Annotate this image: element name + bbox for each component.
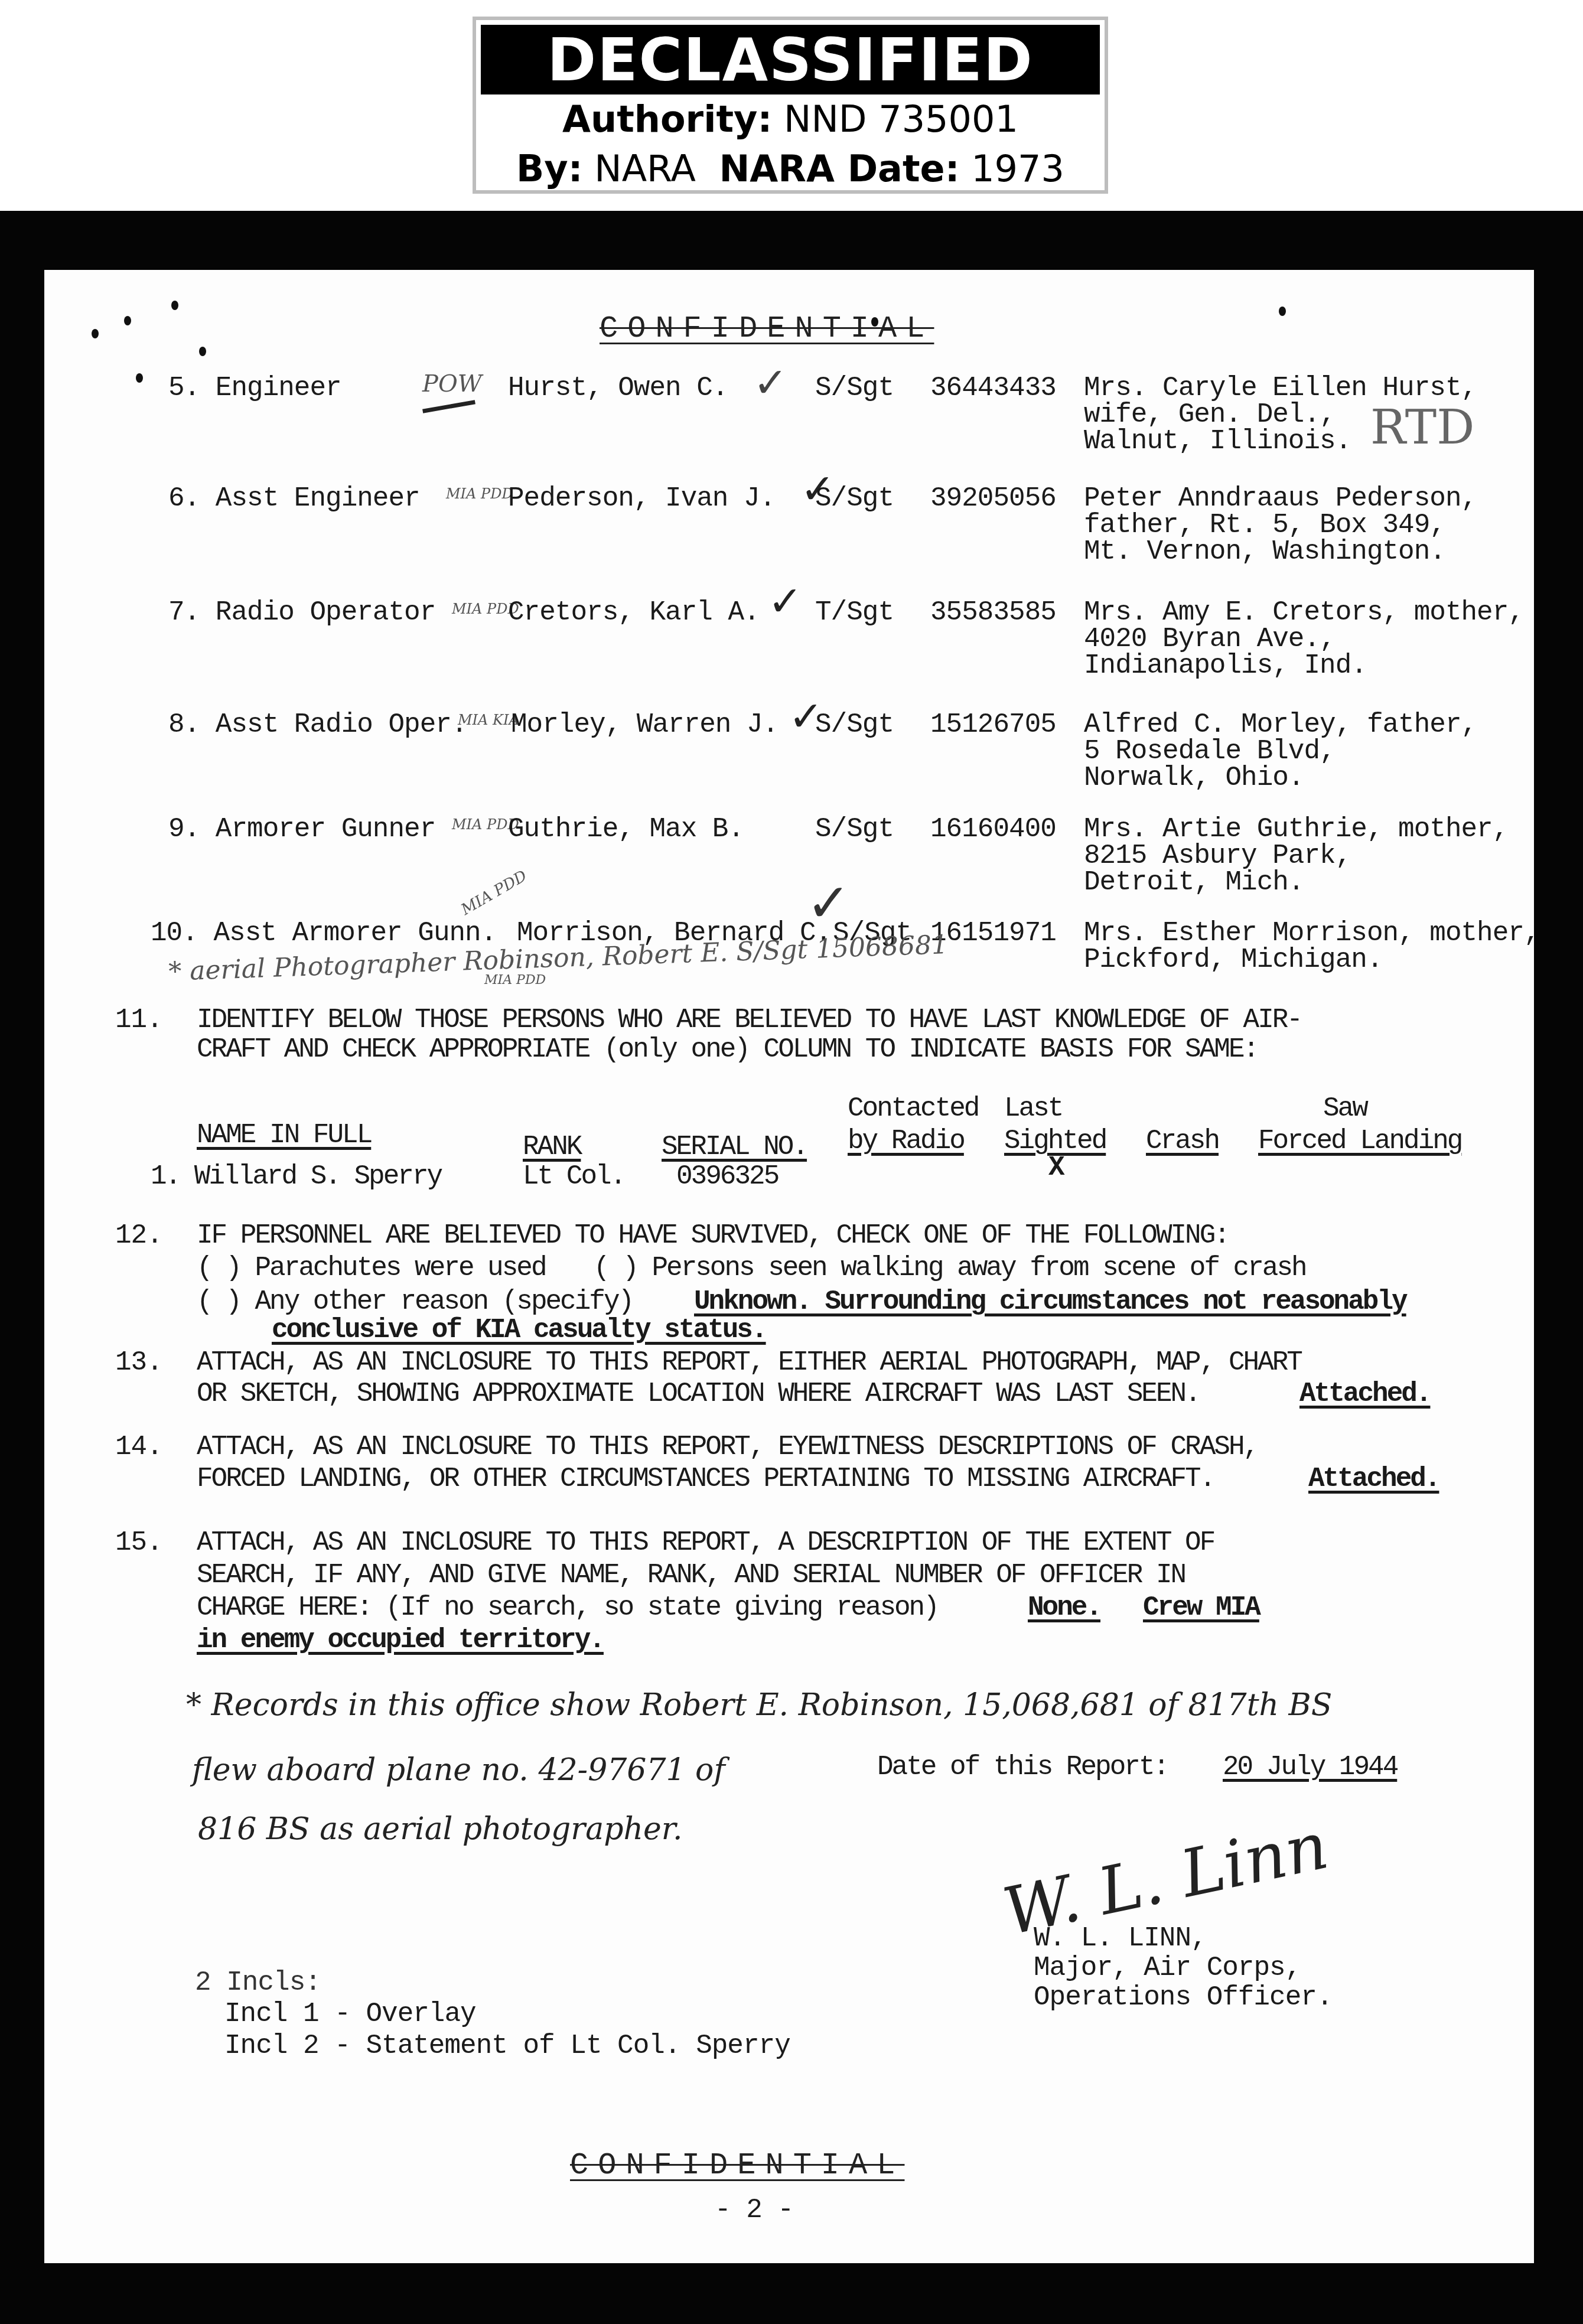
handwritten-annotation: RTD [1370, 400, 1474, 455]
crew-rank: S/Sgt [815, 373, 894, 403]
item-number: 11. [115, 1005, 162, 1035]
crew-position: 10. Asst Armorer Gunn. [151, 918, 496, 948]
crew-name: Cretors, Karl A. [508, 598, 760, 627]
signatory-rank: Major, Air Corps, [1034, 1953, 1301, 1983]
crew-next-of-kin-2: wife, Gen. Del., [1084, 400, 1336, 429]
crew-rank: S/Sgt [815, 710, 894, 739]
crew-next-of-kin-1: Mrs. Artie Guthrie, mother, [1084, 814, 1508, 844]
crew-position: 5. Engineer [168, 373, 341, 403]
check-mark-icon: ✓ [753, 358, 788, 407]
item-number: 12. [115, 1221, 162, 1250]
handwritten-addition-note: MIA PDD [484, 973, 546, 987]
classification-header: CONFIDENTIAL [600, 311, 934, 346]
crew-next-of-kin-3: Walnut, Illinois. [1084, 426, 1351, 456]
report-date-value: 20 July 1944 [1223, 1752, 1397, 1782]
item-text: CRAFT AND CHECK APPROPRIATE (only one) C… [197, 1035, 1258, 1064]
crew-serial: 16151971 [930, 918, 1056, 948]
item-number: 14. [115, 1432, 162, 1462]
item-text: OR SKETCH, SHOWING APPROXIMATE LOCATION … [197, 1379, 1200, 1409]
crew-rank: S/Sgt [815, 814, 894, 844]
crew-serial: 15126705 [930, 710, 1056, 739]
answer-text: Crew MIA [1143, 1593, 1259, 1622]
col-header-radio: by Radio [848, 1126, 964, 1156]
crew-next-of-kin-2: Pickford, Michigan. [1084, 945, 1383, 974]
crew-rank: S/Sgt [815, 484, 894, 513]
answer-text: conclusive of KIA casualty status. [272, 1315, 766, 1345]
crew-next-of-kin-1: Peter Anndraaus Pederson, [1084, 484, 1477, 513]
crew-name: Hurst, Owen C. [508, 373, 728, 403]
crew-name: Guthrie, Max B. [508, 814, 744, 844]
crew-name: Morley, Warren J. [511, 710, 778, 739]
crew-next-of-kin-2: 4020 Byran Ave., [1084, 624, 1336, 654]
crew-status-note: MIA PDD [458, 867, 530, 919]
col-header-radio-top: Contacted [848, 1094, 978, 1123]
col-header-name: NAME IN FULL [197, 1120, 371, 1150]
check-mark-icon: ✓ [768, 577, 803, 625]
crew-serial: 16160400 [930, 814, 1056, 844]
item-text: SEARCH, IF ANY, AND GIVE NAME, RANK, AND… [197, 1560, 1185, 1590]
underline-mark [422, 400, 475, 413]
option-other-reason: ( ) Any other reason (specify) [197, 1287, 633, 1316]
col-header-serial: SERIAL NO. [662, 1132, 807, 1162]
signatory-title: Operations Officer. [1034, 1983, 1333, 2012]
answer-text: in enemy occupied territory. [197, 1625, 604, 1655]
crew-next-of-kin-1: Alfred C. Morley, father, [1084, 710, 1477, 739]
answer-text: None. [1028, 1593, 1100, 1622]
crew-status-note: MIA KIA [458, 712, 519, 728]
crew-next-of-kin-3: Norwalk, Ohio. [1084, 763, 1304, 793]
inclosure-item: Incl 2 - Statement of Lt Col. Sperry [224, 2031, 790, 2061]
note-line: flew aboard plane no. 42-97671 of [192, 1752, 725, 1788]
item-text: ATTACH, AS AN INCLOSURE TO THIS REPORT, … [197, 1528, 1214, 1557]
classification-footer: CONFIDENTIAL [570, 2148, 904, 2183]
item-number: 13. [115, 1348, 162, 1377]
col-header-forced-top: Saw [1323, 1094, 1367, 1123]
crew-next-of-kin-1: Mrs. Caryle Eillen Hurst, [1084, 373, 1477, 403]
row-sighted-mark: X [1048, 1153, 1064, 1182]
col-header-sighted: Sighted [1004, 1126, 1106, 1156]
signatory-name: W. L. LINN, [1034, 1924, 1207, 1953]
item-text: IDENTIFY BELOW THOSE PERSONS WHO ARE BEL… [197, 1005, 1301, 1035]
crew-position: 6. Asst Engineer [168, 484, 420, 513]
item-text: IF PERSONNEL ARE BELIEVED TO HAVE SURVIV… [197, 1221, 1229, 1250]
page-number: - 2 - [715, 2195, 793, 2225]
crew-status-note: POW [422, 370, 482, 397]
col-header-sighted-top: Last [1004, 1094, 1062, 1123]
crew-next-of-kin-3: Mt. Vernon, Washington. [1084, 537, 1445, 566]
crew-next-of-kin-3: Indianapolis, Ind. [1084, 651, 1367, 680]
crew-serial: 35583585 [930, 598, 1056, 627]
row-name: 1. Willard S. Sperry [151, 1162, 441, 1191]
item-text: FORCED LANDING, OR OTHER CIRCUMSTANCES P… [197, 1464, 1214, 1494]
answer-text: Unknown. Surrounding circumstances not r… [694, 1287, 1406, 1316]
crew-serial: 39205056 [930, 484, 1056, 513]
crew-next-of-kin-1: Mrs. Esther Morrison, mother, [1084, 918, 1540, 948]
row-serial: 0396325 [676, 1162, 778, 1191]
stamp-title: DECLASSIFIED [481, 25, 1100, 94]
item-text: ATTACH, AS AN INCLOSURE TO THIS REPORT, … [197, 1348, 1301, 1377]
inclosures-header: 2 Incls: [195, 1968, 321, 1997]
item-number: 15. [115, 1528, 162, 1557]
crew-serial: 36443433 [930, 373, 1056, 403]
note-line: 816 BS as aerial photographer. [198, 1811, 682, 1847]
item-text: CHARGE HERE: (If no search, so state giv… [197, 1593, 938, 1622]
crew-position: 9. Armorer Gunner [168, 814, 435, 844]
crew-next-of-kin-1: Mrs. Amy E. Cretors, mother, [1084, 598, 1524, 627]
crew-rank: T/Sgt [815, 598, 894, 627]
item-text: ATTACH, AS AN INCLOSURE TO THIS REPORT, … [197, 1432, 1258, 1462]
crew-position: 7. Radio Operator [168, 598, 435, 627]
crew-position: 8. Asst Radio Oper. [168, 710, 467, 739]
col-header-crash: Crash [1146, 1126, 1219, 1156]
report-date-label: Date of this Report: [877, 1752, 1168, 1782]
answer-text: Attached. [1299, 1379, 1430, 1409]
answer-text: Attached. [1308, 1464, 1439, 1494]
col-header-forced: Forced Landing [1258, 1126, 1461, 1156]
stamp-authority: Authority: NND 735001 [476, 94, 1105, 144]
option-parachutes: ( ) Parachutes were used [197, 1253, 546, 1283]
declassified-stamp: DECLASSIFIED Authority: NND 735001 By: N… [473, 17, 1108, 194]
scanned-page-frame: CONFIDENTIAL 5. Engineer POW Hurst, Owen… [0, 211, 1583, 2324]
crew-next-of-kin-2: 8215 Asbury Park, [1084, 841, 1351, 871]
crew-next-of-kin-2: 5 Rosedale Blvd, [1084, 736, 1336, 766]
stamp-by-date: By: NARA NARA Date: 1973 [476, 144, 1105, 194]
col-header-rank: RANK [523, 1132, 581, 1162]
option-walking-away: ( ) Persons seen walking away from scene… [594, 1253, 1306, 1283]
crew-next-of-kin-2: father, Rt. 5, Box 349, [1084, 510, 1445, 540]
note-line: * Records in this office show Robert E. … [186, 1687, 1332, 1723]
crew-next-of-kin-3: Detroit, Mich. [1084, 868, 1304, 897]
inclosure-item: Incl 1 - Overlay [224, 1999, 476, 2029]
row-rank: Lt Col. [523, 1162, 624, 1191]
crew-status-note: MIA PDD [446, 485, 513, 502]
document-page: CONFIDENTIAL 5. Engineer POW Hurst, Owen… [44, 270, 1534, 2263]
crew-name: Pederson, Ivan J. [508, 484, 775, 513]
